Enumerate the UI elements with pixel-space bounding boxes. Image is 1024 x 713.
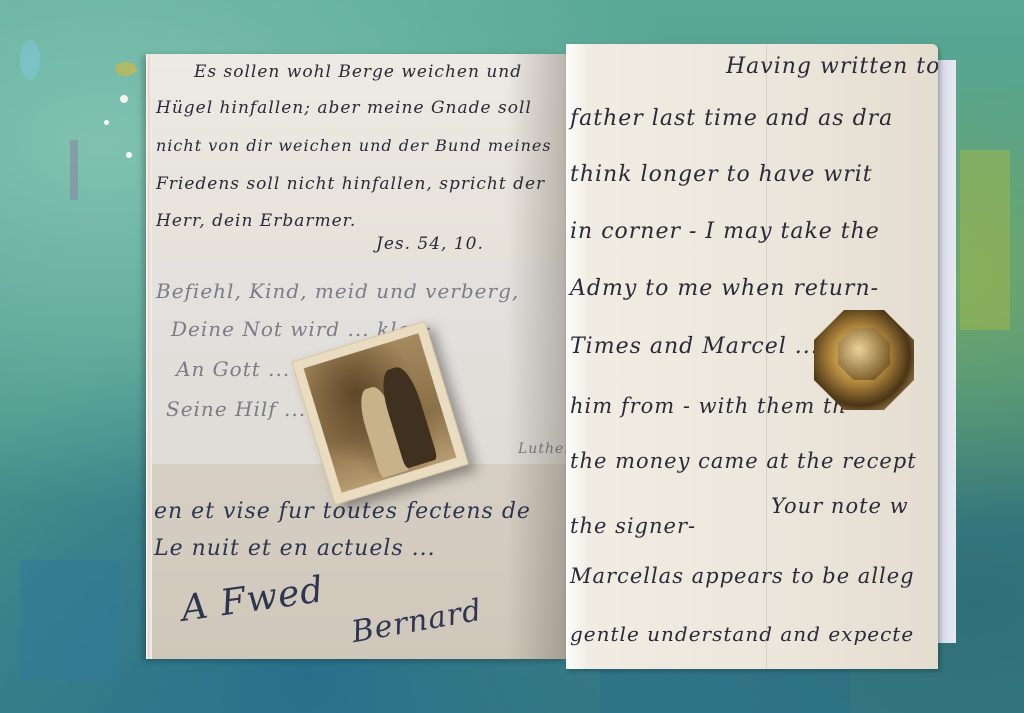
handwriting-line: Hügel hinfallen; aber meine Gnade soll [156,98,532,118]
handwriting-line: Times and Marcel ... [570,334,819,359]
handwriting-line: Herr, dein Erbarmer. [156,211,356,231]
handwriting-line: father last time and as dra [570,106,893,131]
paint-streak [20,560,120,680]
handwriting-line: Having written to [726,54,938,79]
handwriting-line: Admy to me when return- [570,276,879,301]
paint-speck [104,120,109,125]
handwriting-line: the signer- [570,514,696,538]
paint-speck [120,95,128,103]
paint-streak [600,670,850,713]
left-page-section-1: Es sollen wohl Berge weichen und Hügel h… [146,54,566,259]
handwriting-line: nicht von dir weichen und der Bund meine… [156,136,552,155]
paint-speck [126,152,132,158]
paint-streak [70,140,78,200]
paint-streak [960,150,1010,330]
handwriting-line: him from - with them th [570,394,847,418]
sepia-portrait [304,333,457,492]
handwriting-line: in corner - I may take the [570,219,880,244]
handwriting-line: gentle understand and expecte [570,622,914,646]
page-edge [146,54,152,659]
handwriting-line: think longer to have writ [570,162,873,187]
paint-speck [20,40,40,80]
scripture-reference: Jes. 54, 10. [376,234,484,254]
handwriting-line: Le nuit et en actuels ... [154,536,436,561]
handwriting-line: Befiehl, Kind, meid und verberg, [156,279,519,303]
signature: Bernard [349,593,485,650]
handwriting-line: Marcellas appears to be alleg [570,564,915,588]
handwriting-line: Friedens soll nicht hinfallen, spricht d… [156,174,545,194]
handwriting-line: Your note w [771,494,909,518]
signature: A Fwed [179,569,327,630]
spine-shadow [506,54,566,659]
handwriting-line: Es sollen wohl Berge weichen und [194,62,522,82]
paint-speck [115,62,137,76]
handwriting-line: the money came at the recept [570,449,917,473]
